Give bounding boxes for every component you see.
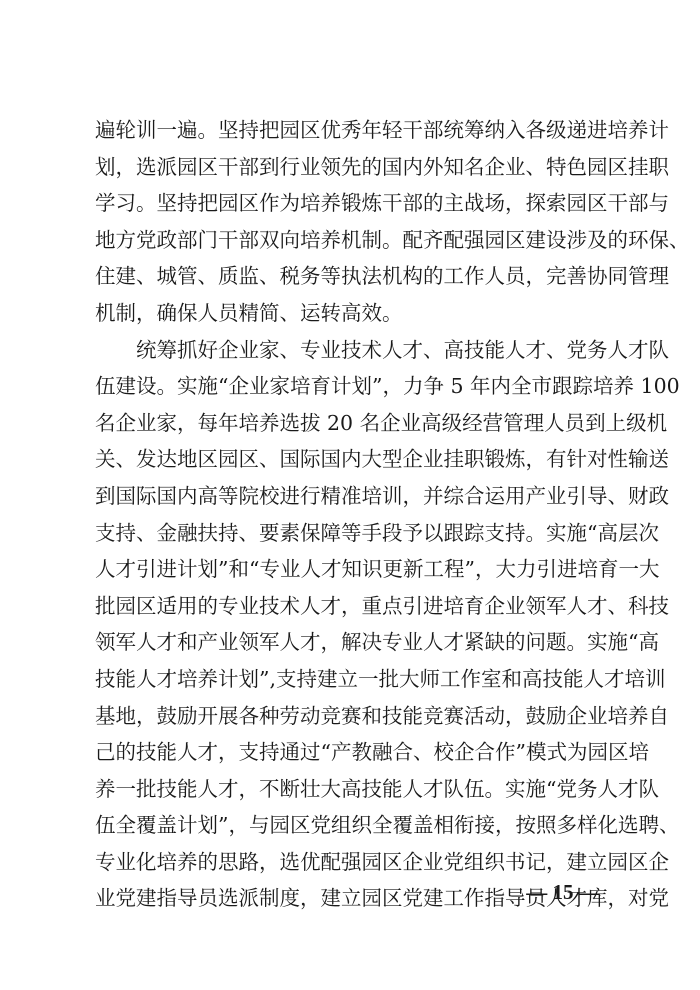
text-line: 遍轮训一遍。坚持把园区优秀年轻干部统筹纳入各级递进培养计	[95, 112, 607, 149]
text-line: 技能人才培养计划”,支持建立一批大师工作室和高技能人才培训	[95, 661, 607, 698]
paragraph-start-line: 统筹抓好企业家、专业技术人才、高技能人才、党务人才队	[95, 332, 607, 369]
text-line: 基地，鼓励开展各种劳动竞赛和技能竞赛活动，鼓励企业培养自	[95, 698, 607, 735]
text-line: 支持、金融扶持、要素保障等手段予以跟踪支持。实施“高层次	[95, 515, 607, 552]
page-number: — 15 —	[518, 880, 608, 905]
text-line: 名企业家，每年培养选拔 20 名企业高级经营管理人员到上级机	[95, 405, 607, 442]
text-line: 养一批技能人才，不断壮大高技能人才队伍。实施“党务人才队	[95, 771, 607, 808]
text-line: 批园区适用的专业技术人才，重点引进培育企业领军人才、科技	[95, 588, 607, 625]
text-line: 关、发达地区园区、国际国内大型企业挂职锻炼，有针对性输送	[95, 441, 607, 478]
text-line: 到国际国内高等院校进行精准培训，并综合运用产业引导、财政	[95, 478, 607, 515]
body-text: 遍轮训一遍。坚持把园区优秀年轻干部统筹纳入各级递进培养计 划，选派园区干部到行业…	[95, 112, 607, 917]
text-line: 伍建设。实施“企业家培育计划”，力争 5 年内全市跟踪培养 100	[95, 368, 607, 405]
text-line: 划，选派园区干部到行业领先的国内外知名企业、特色园区挂职	[95, 149, 607, 186]
text-line: 学习。坚持把园区作为培养锻炼干部的主战场，探索园区干部与	[95, 185, 607, 222]
text-line: 专业化培养的思路，选优配强园区企业党组织书记，建立园区企	[95, 844, 607, 881]
document-page: 遍轮训一遍。坚持把园区优秀年轻干部统筹纳入各级递进培养计 划，选派园区干部到行业…	[0, 0, 700, 990]
text-line: 住建、城管、质监、税务等执法机构的工作人员，完善协同管理	[95, 258, 607, 295]
text-line: 机制，确保人员精简、运转高效。	[95, 295, 607, 332]
text-line: 己的技能人才，支持通过“产教融合、校企合作”模式为园区培	[95, 734, 607, 771]
text-line: 领军人才和产业领军人才，解决专业人才紧缺的问题。实施“高	[95, 624, 607, 661]
text-line: 地方党政部门干部双向培养机制。配齐配强园区建设涉及的环保、	[95, 222, 607, 259]
text-line: 伍全覆盖计划”，与园区党组织全覆盖相衔接，按照多样化选聘、	[95, 807, 607, 844]
text-line: 人才引进计划”和“专业人才知识更新工程”，大力引进培育一大	[95, 551, 607, 588]
